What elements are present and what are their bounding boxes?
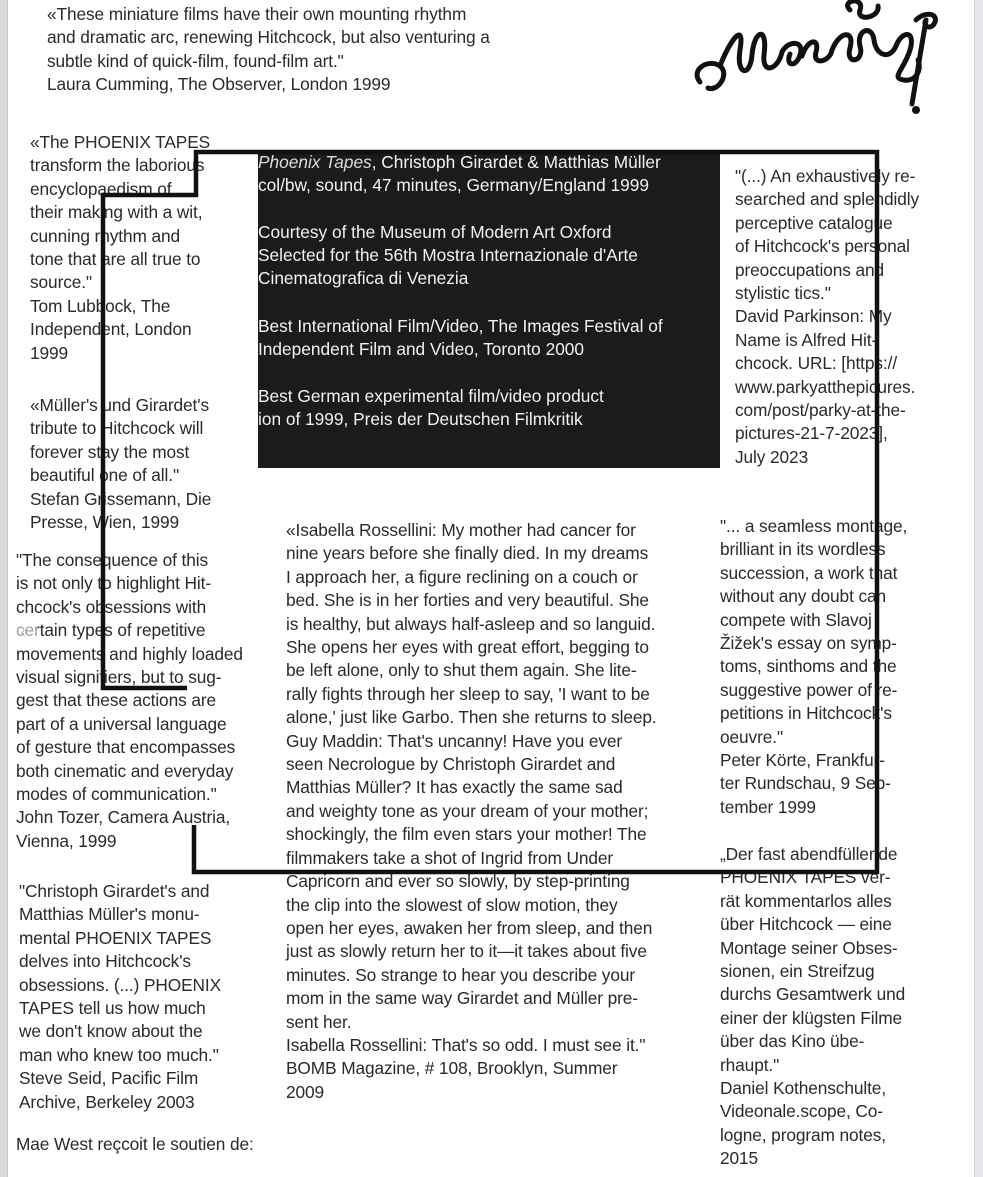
film-selection-cont: Cinematografica di Venezia bbox=[258, 267, 468, 290]
quote-cumming: «These miniature films have their own mo… bbox=[47, 3, 490, 97]
film-info-box: Phoenix Tapes, Christoph Girardet & Matt… bbox=[258, 150, 720, 468]
film-courtesy: Courtesy of the Museum of Modern Art Oxf… bbox=[258, 221, 611, 244]
film-title: Phoenix Tapes, Christoph Girardet & Matt… bbox=[258, 151, 661, 174]
film-award-1: Best International Film/Video, The Image… bbox=[258, 315, 663, 338]
film-award-1-cont: Independent Film and Video, Toronto 2000 bbox=[258, 338, 584, 361]
quote-grissemann: «Müller's und Girardet's tribute to Hitc… bbox=[30, 394, 211, 534]
quote-seid: "Christoph Girardet's and Matthias Mülle… bbox=[19, 880, 221, 1114]
mae-west-logo bbox=[690, 0, 950, 118]
quote-parkinson: "(...) An exhaustively re- searched and … bbox=[735, 165, 919, 469]
previous-slide-button[interactable]: ‹ bbox=[8, 618, 38, 648]
quote-tozer: "The consequence of this is not only to … bbox=[16, 549, 243, 853]
film-selection: Selected for the 56th Mostra Internazion… bbox=[258, 244, 638, 267]
support-label: Mae West reçcoit le soutien de: bbox=[16, 1133, 254, 1156]
page-edge bbox=[0, 0, 8, 1177]
scrollbar[interactable] bbox=[974, 0, 983, 1177]
quote-kothenschulte: „Der fast abendfüllende PHOENIX TAPES ve… bbox=[720, 843, 905, 1171]
quote-lubbock: «The PHOENIX TAPES transform the laborio… bbox=[30, 131, 210, 365]
film-specs: col/bw, sound, 47 minutes, Germany/Engla… bbox=[258, 174, 649, 197]
quote-koerte: "... a seamless montage, brilliant in it… bbox=[720, 515, 907, 819]
quote-bomb-interview: «Isabella Rossellini: My mother had canc… bbox=[286, 519, 657, 1104]
chevron-left-icon: ‹ bbox=[20, 624, 25, 641]
film-award-2-cont: ion of 1999, Preis der Deutschen Filmkri… bbox=[258, 408, 583, 431]
film-award-2: Best German experimental film/video prod… bbox=[258, 385, 604, 408]
